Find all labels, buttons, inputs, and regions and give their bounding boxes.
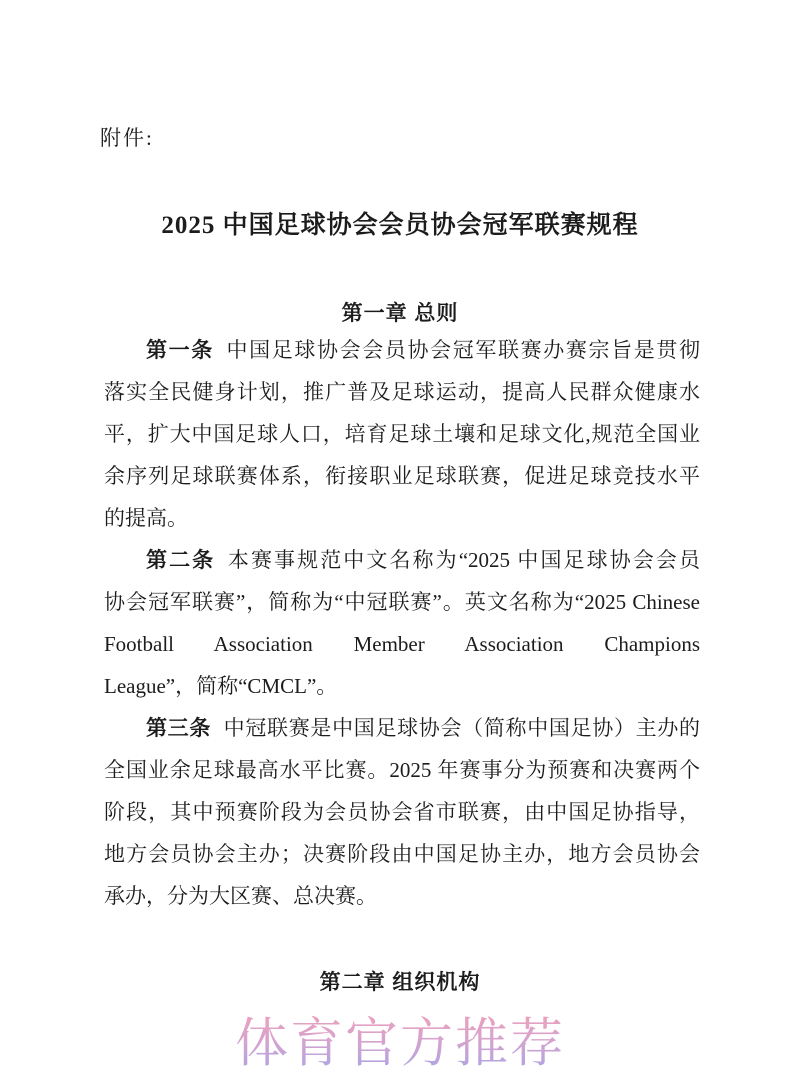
article-1-line-1-text: 中国足球协会会员协会冠军联赛办赛宗旨是贯彻 xyxy=(226,338,700,362)
article-1-line-4: 余序列足球联赛体系，衔接职业足球联赛，促进足球竞技水平 xyxy=(104,455,700,497)
article-1-line-2: 落实全民健身计划，推广普及足球运动，提高人民群众健康水 xyxy=(104,371,700,413)
article-2-number: 第二条 xyxy=(146,548,215,572)
document-body: 第一条中国足球协会会员协会冠军联赛办赛宗旨是贯彻 落实全民健身计划，推广普及足球… xyxy=(104,329,700,917)
article-1-number: 第一条 xyxy=(146,338,214,362)
article-3-line-1-text: 中冠联赛是中国足球协会（简称中国足协）主办的 xyxy=(224,716,700,740)
document-title: 2025 中国足球协会会员协会冠军联赛规程 xyxy=(0,205,800,241)
attachment-label: 附件: xyxy=(100,122,154,152)
article-2-line-3: Football Association Member Association … xyxy=(104,623,700,665)
document-page: 附件: 2025 中国足球协会会员协会冠军联赛规程 第一章 总则 第一条中国足球… xyxy=(0,0,800,1078)
article-3-line-5: 承办，分为大区赛、总决赛。 xyxy=(104,875,700,917)
article-3-number: 第三条 xyxy=(146,716,211,740)
article-2-line-2: 协会冠军联赛”，简称为“中冠联赛”。英文名称为“2025 Chinese xyxy=(104,581,700,623)
article-2-line-4: League”，简称“CMCL”。 xyxy=(104,665,700,707)
article-3-line-1: 第三条中冠联赛是中国足球协会（简称中国足协）主办的 xyxy=(104,707,700,749)
article-3-line-2: 全国业余足球最高水平比赛。2025 年赛事分为预赛和决赛两个 xyxy=(104,749,700,791)
article-2-line-1: 第二条本赛事规范中文名称为“2025 中国足球协会会员 xyxy=(104,539,700,581)
watermark-text: 体育官方推荐 xyxy=(235,1001,565,1077)
article-1-line-3: 平，扩大中国足球人口，培育足球土壤和足球文化,规范全国业 xyxy=(104,413,700,455)
article-3-line-3: 阶段，其中预赛阶段为会员协会省市联赛，由中国足协指导， xyxy=(104,791,700,833)
watermark: 体育官方推荐 xyxy=(0,1001,800,1077)
article-1-line-5: 的提高。 xyxy=(104,497,700,539)
article-2-line-1-text: 本赛事规范中文名称为“2025 中国足球协会会员 xyxy=(228,548,700,572)
chapter-1-heading: 第一章 总则 xyxy=(0,297,800,327)
article-1-line-1: 第一条中国足球协会会员协会冠军联赛办赛宗旨是贯彻 xyxy=(104,329,700,371)
chapter-2-heading: 第二章 组织机构 xyxy=(0,966,800,996)
article-3-line-4: 地方会员协会主办；决赛阶段由中国足协主办，地方会员协会 xyxy=(104,833,700,875)
